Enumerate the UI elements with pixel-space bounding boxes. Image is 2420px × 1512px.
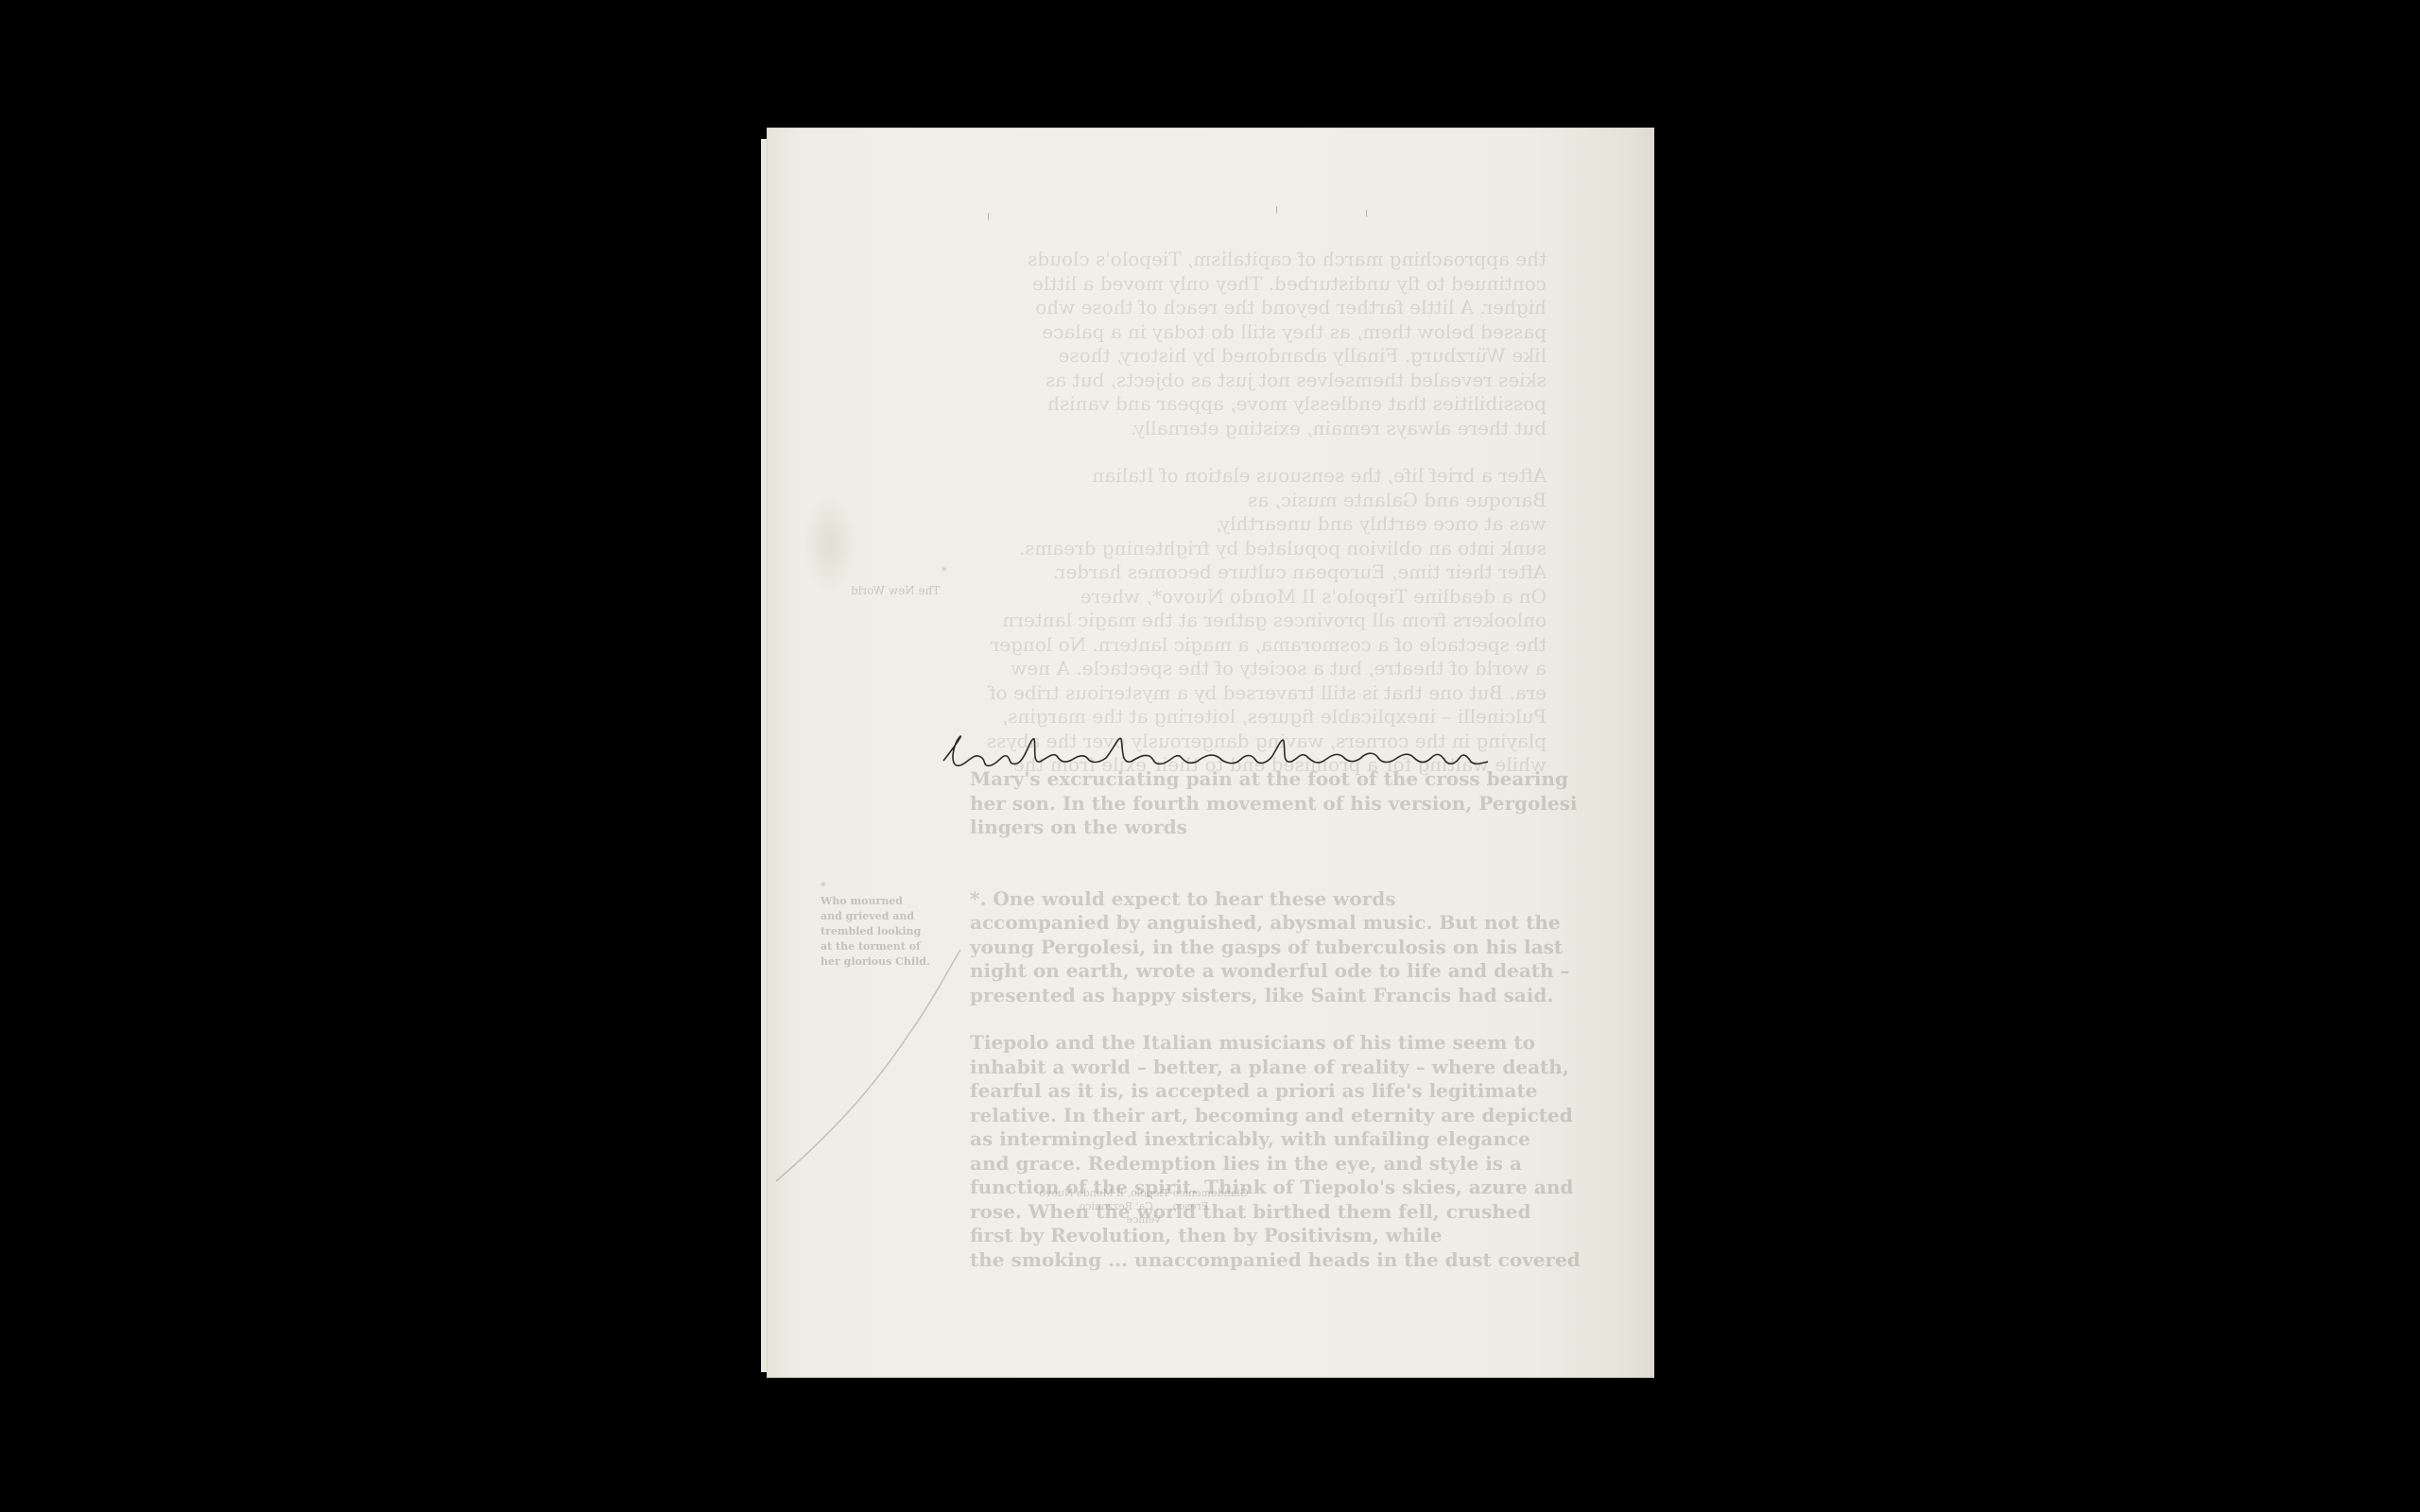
footnote-line: trembled looking: [821, 924, 953, 939]
text-line: passed below them, as they still do toda…: [970, 320, 1547, 345]
text-line: as intermingled inextricably, with unfai…: [970, 1127, 1547, 1152]
footnote-line: at the torment of: [821, 939, 953, 954]
text-line: lingers on the words: [970, 816, 1547, 840]
text-line: [970, 440, 1547, 464]
footnote-marker: *: [821, 879, 953, 894]
staple-mark: [988, 213, 992, 220]
caption-line: Fresco, ... Ca' Rezzonico: [1021, 1200, 1267, 1213]
staple-mark: [1276, 206, 1280, 214]
staple-mark: [1366, 210, 1370, 217]
margin-title-mirrored: The New World: [851, 584, 940, 597]
text-line: relative. In their art, becoming and ete…: [970, 1104, 1547, 1128]
text-line: onlookers from all provinces gather at t…: [970, 609, 1547, 633]
footnote-line: her glorious Child.: [821, 954, 953, 970]
water-stain: [802, 491, 858, 595]
text-line: Tiepolo and the Italian musicians of his…: [970, 1031, 1547, 1056]
text-line: presented as happy sisters, like Saint F…: [970, 984, 1547, 1008]
text-line: accompanied by anguished, abysmal music.…: [970, 911, 1547, 936]
text-line: but there always remain, existing eterna…: [970, 417, 1547, 441]
footnote-line: and grieved and: [821, 909, 953, 924]
text-line: young Pergolesi, in the gasps of tubercu…: [970, 936, 1547, 960]
text-line: and grace. Redemption lies in the eye, a…: [970, 1152, 1547, 1177]
text-line: After a brief life, the sensuous elation…: [970, 464, 1547, 489]
text-line: continued to fly undisturbed. They only …: [970, 272, 1547, 297]
show-through-text: the approaching march of capitalism, Tie…: [970, 248, 1547, 778]
text-line: possibilities that endlessly move, appea…: [970, 392, 1547, 417]
caption-line: Venice: [1021, 1213, 1267, 1227]
text-line: inhabit a world – better, a plane of rea…: [970, 1056, 1547, 1080]
image-caption-mirrored: Giandomenico Tiepolo, Il Mondo Nuovo Fre…: [1021, 1187, 1267, 1227]
text-line: fearful as it is, is accepted a priori a…: [970, 1079, 1547, 1104]
text-line: [970, 864, 1547, 887]
text-line: [970, 840, 1547, 864]
text-line: On a deadline Tiepolo's Il Mondo Nuovo*,…: [970, 585, 1547, 610]
text-line: first by Revolution, then by Positivism,…: [970, 1224, 1547, 1248]
footnote-marker: *: [942, 565, 947, 577]
text-line: her son. In the fourth movement of his v…: [970, 792, 1547, 816]
text-line: skies revealed themselves not just as ob…: [970, 369, 1547, 393]
text-line: like Würzburg. Finally abandoned by hist…: [970, 344, 1547, 369]
caption-line: Giandomenico Tiepolo, Il Mondo Nuovo: [1021, 1187, 1267, 1200]
text-line: night on earth, wrote a wonderful ode to…: [970, 959, 1547, 984]
text-line: a world of theatre, but a society of the…: [970, 657, 1547, 681]
text-line: the spectacle of a cosmorama, a magic la…: [970, 633, 1547, 658]
text-line: sunk into an oblivion populated by frigh…: [970, 537, 1547, 561]
text-line: the smoking ... unaccompanied heads in t…: [970, 1248, 1547, 1273]
text-line: After their time, European culture becom…: [970, 560, 1547, 585]
handwritten-script-line: [936, 728, 1503, 775]
text-line: the approaching march of capitalism, Tie…: [970, 248, 1547, 272]
text-line: was at once earthly and unearthly,: [970, 512, 1547, 537]
text-line: Pulcinelli – inexplicable figures, loite…: [970, 705, 1547, 730]
footnote-line: Who mourned: [821, 894, 953, 909]
text-line: [970, 1007, 1547, 1031]
text-line: Baroque and Galante music, as: [970, 489, 1547, 513]
text-line: *. One would expect to hear these words: [970, 887, 1547, 912]
margin-footnote: * Who mourned and grieved and trembled l…: [821, 879, 953, 970]
text-line: higher. A little farther beyond the reac…: [970, 296, 1547, 320]
text-line: era. But one that is still traversed by …: [970, 681, 1547, 706]
